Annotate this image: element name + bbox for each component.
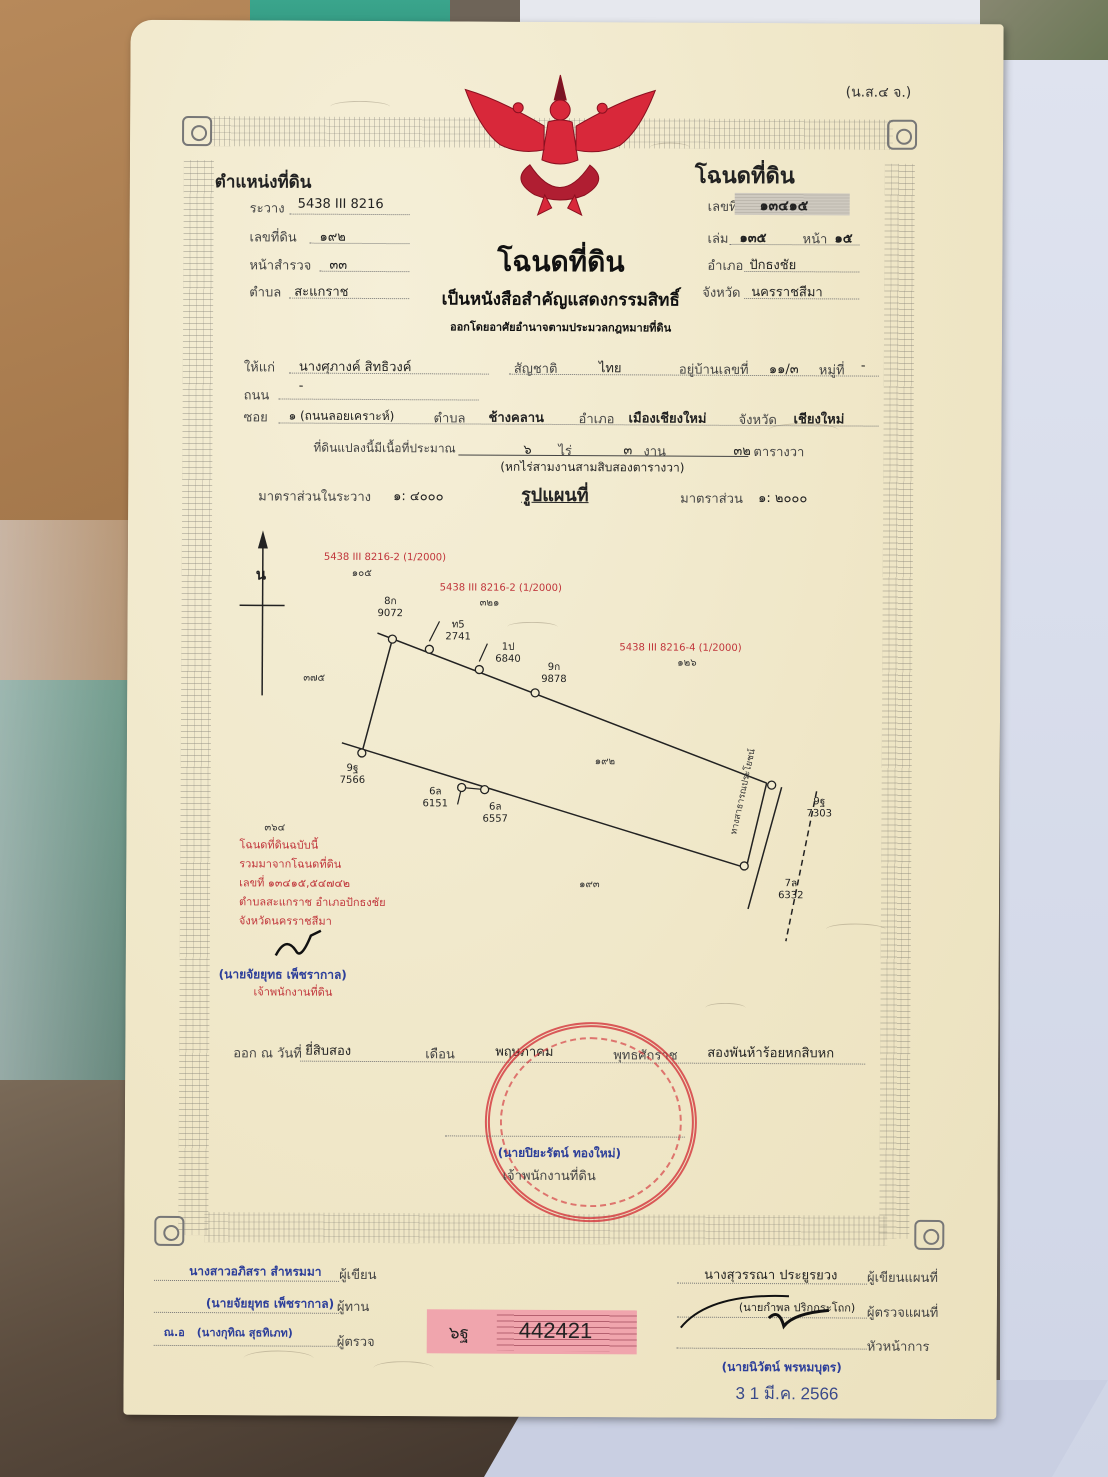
issued-under-law: ออกโดยอาศัยอำนาจตามประมวลกฎหมายที่ดิน — [119, 316, 1002, 339]
adjacent-parcel: ๑๒๖ — [677, 656, 696, 671]
map-heading: รูปแผนที่ — [521, 480, 589, 509]
house-number-label: อยู่บ้านเลขที่ — [679, 359, 749, 380]
document-title: โฉนดที่ดิน — [119, 238, 1002, 287]
corner-ornament-icon — [182, 116, 212, 146]
marker-number: 9878 — [541, 674, 567, 686]
signature-icon — [271, 925, 331, 965]
official-seal-stamp — [484, 1022, 697, 1223]
marker-number: 6332 — [778, 890, 804, 902]
marker-code: 8ก — [378, 596, 404, 608]
marker-code: 9ก — [541, 662, 567, 674]
marker-code: 7ล — [778, 878, 804, 890]
corner-ornament-icon — [914, 1220, 944, 1250]
owner-province-label: จังหวัด — [739, 409, 777, 430]
map-sheet-value: 5438 III 8216 — [298, 197, 384, 212]
moo-label: หมู่ที่ — [819, 359, 845, 380]
reviewer-role: ผู้ทาน — [337, 1296, 369, 1317]
signature-icon — [679, 1288, 839, 1339]
marker-number: 6151 — [423, 798, 449, 810]
map-scale-label: มาตราส่วน — [680, 488, 743, 509]
background-handwritten-page — [1000, 60, 1108, 1477]
marker-code: 9ฐ — [807, 796, 833, 808]
area-wa-unit: ตารางวา — [753, 441, 804, 462]
form-code: (น.ส.๔ จ.) — [846, 81, 912, 103]
inspector-name: (นางกุทิณ สุธทิเภท) — [197, 1323, 293, 1342]
inspector-role: ผู้ตรวจ — [337, 1331, 375, 1352]
writer-role: ผู้เขียน — [339, 1264, 377, 1285]
land-title-deed: (น.ส.๔ จ.) ตำแหน่งที่ดิน ระวาง 5438 III … — [123, 20, 1003, 1420]
section-head-name: (นายนิวัตน์ พรหมบุตร) — [722, 1358, 842, 1378]
marker-number: 6557 — [482, 814, 508, 826]
area-wa: ๓๒ — [733, 440, 751, 461]
map-sheet-label: ระวาง — [250, 197, 285, 218]
marker-number: 7303 — [806, 808, 832, 820]
parcel-west: ๓๗๕ — [303, 671, 325, 686]
adjacent-parcel: ๓๒๑ — [480, 596, 500, 611]
land-officer-title: เจ้าพนักงานที่ดิน — [503, 1165, 596, 1186]
issued-label: ออก ณ วันที่ — [233, 1042, 302, 1063]
approval-date: 3 1 มี.ค. 2566 — [735, 1380, 838, 1408]
road-value: - — [299, 379, 304, 394]
map-writer-role: ผู้เขียนแผนที่ — [867, 1267, 938, 1288]
parcel-southwest: ๓๖๔ — [264, 820, 285, 835]
soi-label: ซอย — [244, 406, 268, 427]
map-scale-value: ๑: ๒๐๐๐ — [758, 487, 807, 508]
subdistrict-label: ตำบล — [434, 407, 466, 428]
marker-code: 6ล — [423, 786, 449, 798]
border-bottom-pattern — [204, 1212, 887, 1246]
marker-code: 1ป — [495, 642, 521, 654]
land-location-heading: ตำแหน่งที่ดิน — [215, 168, 312, 196]
sheet-ref: 5438 III 8216-2 (1/2000) — [440, 582, 562, 594]
deed-number-value: ๑๓๔๑๕ — [760, 195, 809, 217]
serial-number: 442421 — [519, 1318, 593, 1344]
area-in-words: (หกไร่สามงานสามสิบสองตารางวา) — [500, 458, 684, 478]
marker-code: 6ล — [483, 802, 509, 814]
document-subtitle: เป็นหนังสือสำคัญแสดงกรรมสิทธิ์ — [119, 284, 1002, 316]
moo-value: - — [861, 359, 866, 374]
sheet-ref: 5438 III 8216-4 (1/2000) — [619, 642, 741, 654]
owner-district-label: อำเภอ — [579, 408, 615, 429]
grantee-label: ให้แก่ — [244, 356, 275, 377]
merge-signer-title: เจ้าพนักงานที่ดิน — [254, 982, 333, 1000]
north-label: น — [256, 568, 266, 580]
corner-ornament-icon — [154, 1216, 184, 1246]
sheet-scale-value: ๑: ๔๐๐๐ — [393, 485, 444, 506]
reviewer-name: (นายจัยยุทธ เพ็ชรากาล) — [206, 1294, 334, 1314]
marker-code: 9ฐ — [340, 763, 366, 775]
public-road-label: ทางสาธารณประโยชน์ — [726, 747, 758, 835]
parcel-south: ๑๙๓ — [579, 877, 600, 892]
deed-number-label: เลขที่ — [708, 196, 738, 217]
writer-name: นางสาวอภิสรา สำหรมมา — [189, 1262, 321, 1282]
serial-number-box: ๖ฐ 442421 — [427, 1309, 637, 1354]
area-ngan: ๓ — [623, 439, 632, 460]
nationality-label: สัญชาติ — [514, 358, 558, 379]
sheet-ref: 5438 III 8216-2 (1/2000) — [324, 552, 446, 564]
serial-prefix: ๖ฐ — [449, 1319, 469, 1346]
land-officer-name: (นายปิยะรัตน์ ทองใหม่) — [498, 1144, 621, 1164]
map-inspector-role: ผู้ตรวจแผนที่ — [867, 1302, 939, 1323]
corner-ornament-icon — [887, 120, 917, 150]
marker-code: ท5 — [445, 619, 471, 631]
marker-number: 2741 — [445, 631, 471, 643]
adjacent-parcel: ๑๐๕ — [352, 566, 372, 581]
area-label: ที่ดินแปลงนี้มีเนื้อที่ประมาณ — [313, 439, 455, 459]
issue-year: สองพันห้าร้อยหกสิบหก — [707, 1042, 834, 1064]
marker-number: 7566 — [340, 775, 366, 787]
inspector-initial: ณ.อ — [164, 1323, 185, 1341]
marker-number: 6840 — [495, 654, 521, 666]
area-rai: ๖ — [523, 439, 531, 460]
marker-number: 9072 — [378, 608, 404, 620]
garuda-emblem-icon — [460, 69, 661, 220]
road-label: ถนน — [244, 384, 270, 405]
section-head-role: หัวหน้าการ — [867, 1336, 930, 1357]
sheet-scale-label: มาตราส่วนในระวาง — [258, 485, 371, 507]
issue-day: ยี่สิบสอง — [305, 1040, 351, 1061]
merge-note: โฉนดที่ดินฉบับนี้ รวมมาจากโฉนดที่ดิน เลข… — [239, 835, 386, 931]
deed-heading: โฉนดที่ดิน — [695, 158, 795, 194]
parcel-main: ๑๙๒ — [595, 754, 615, 769]
